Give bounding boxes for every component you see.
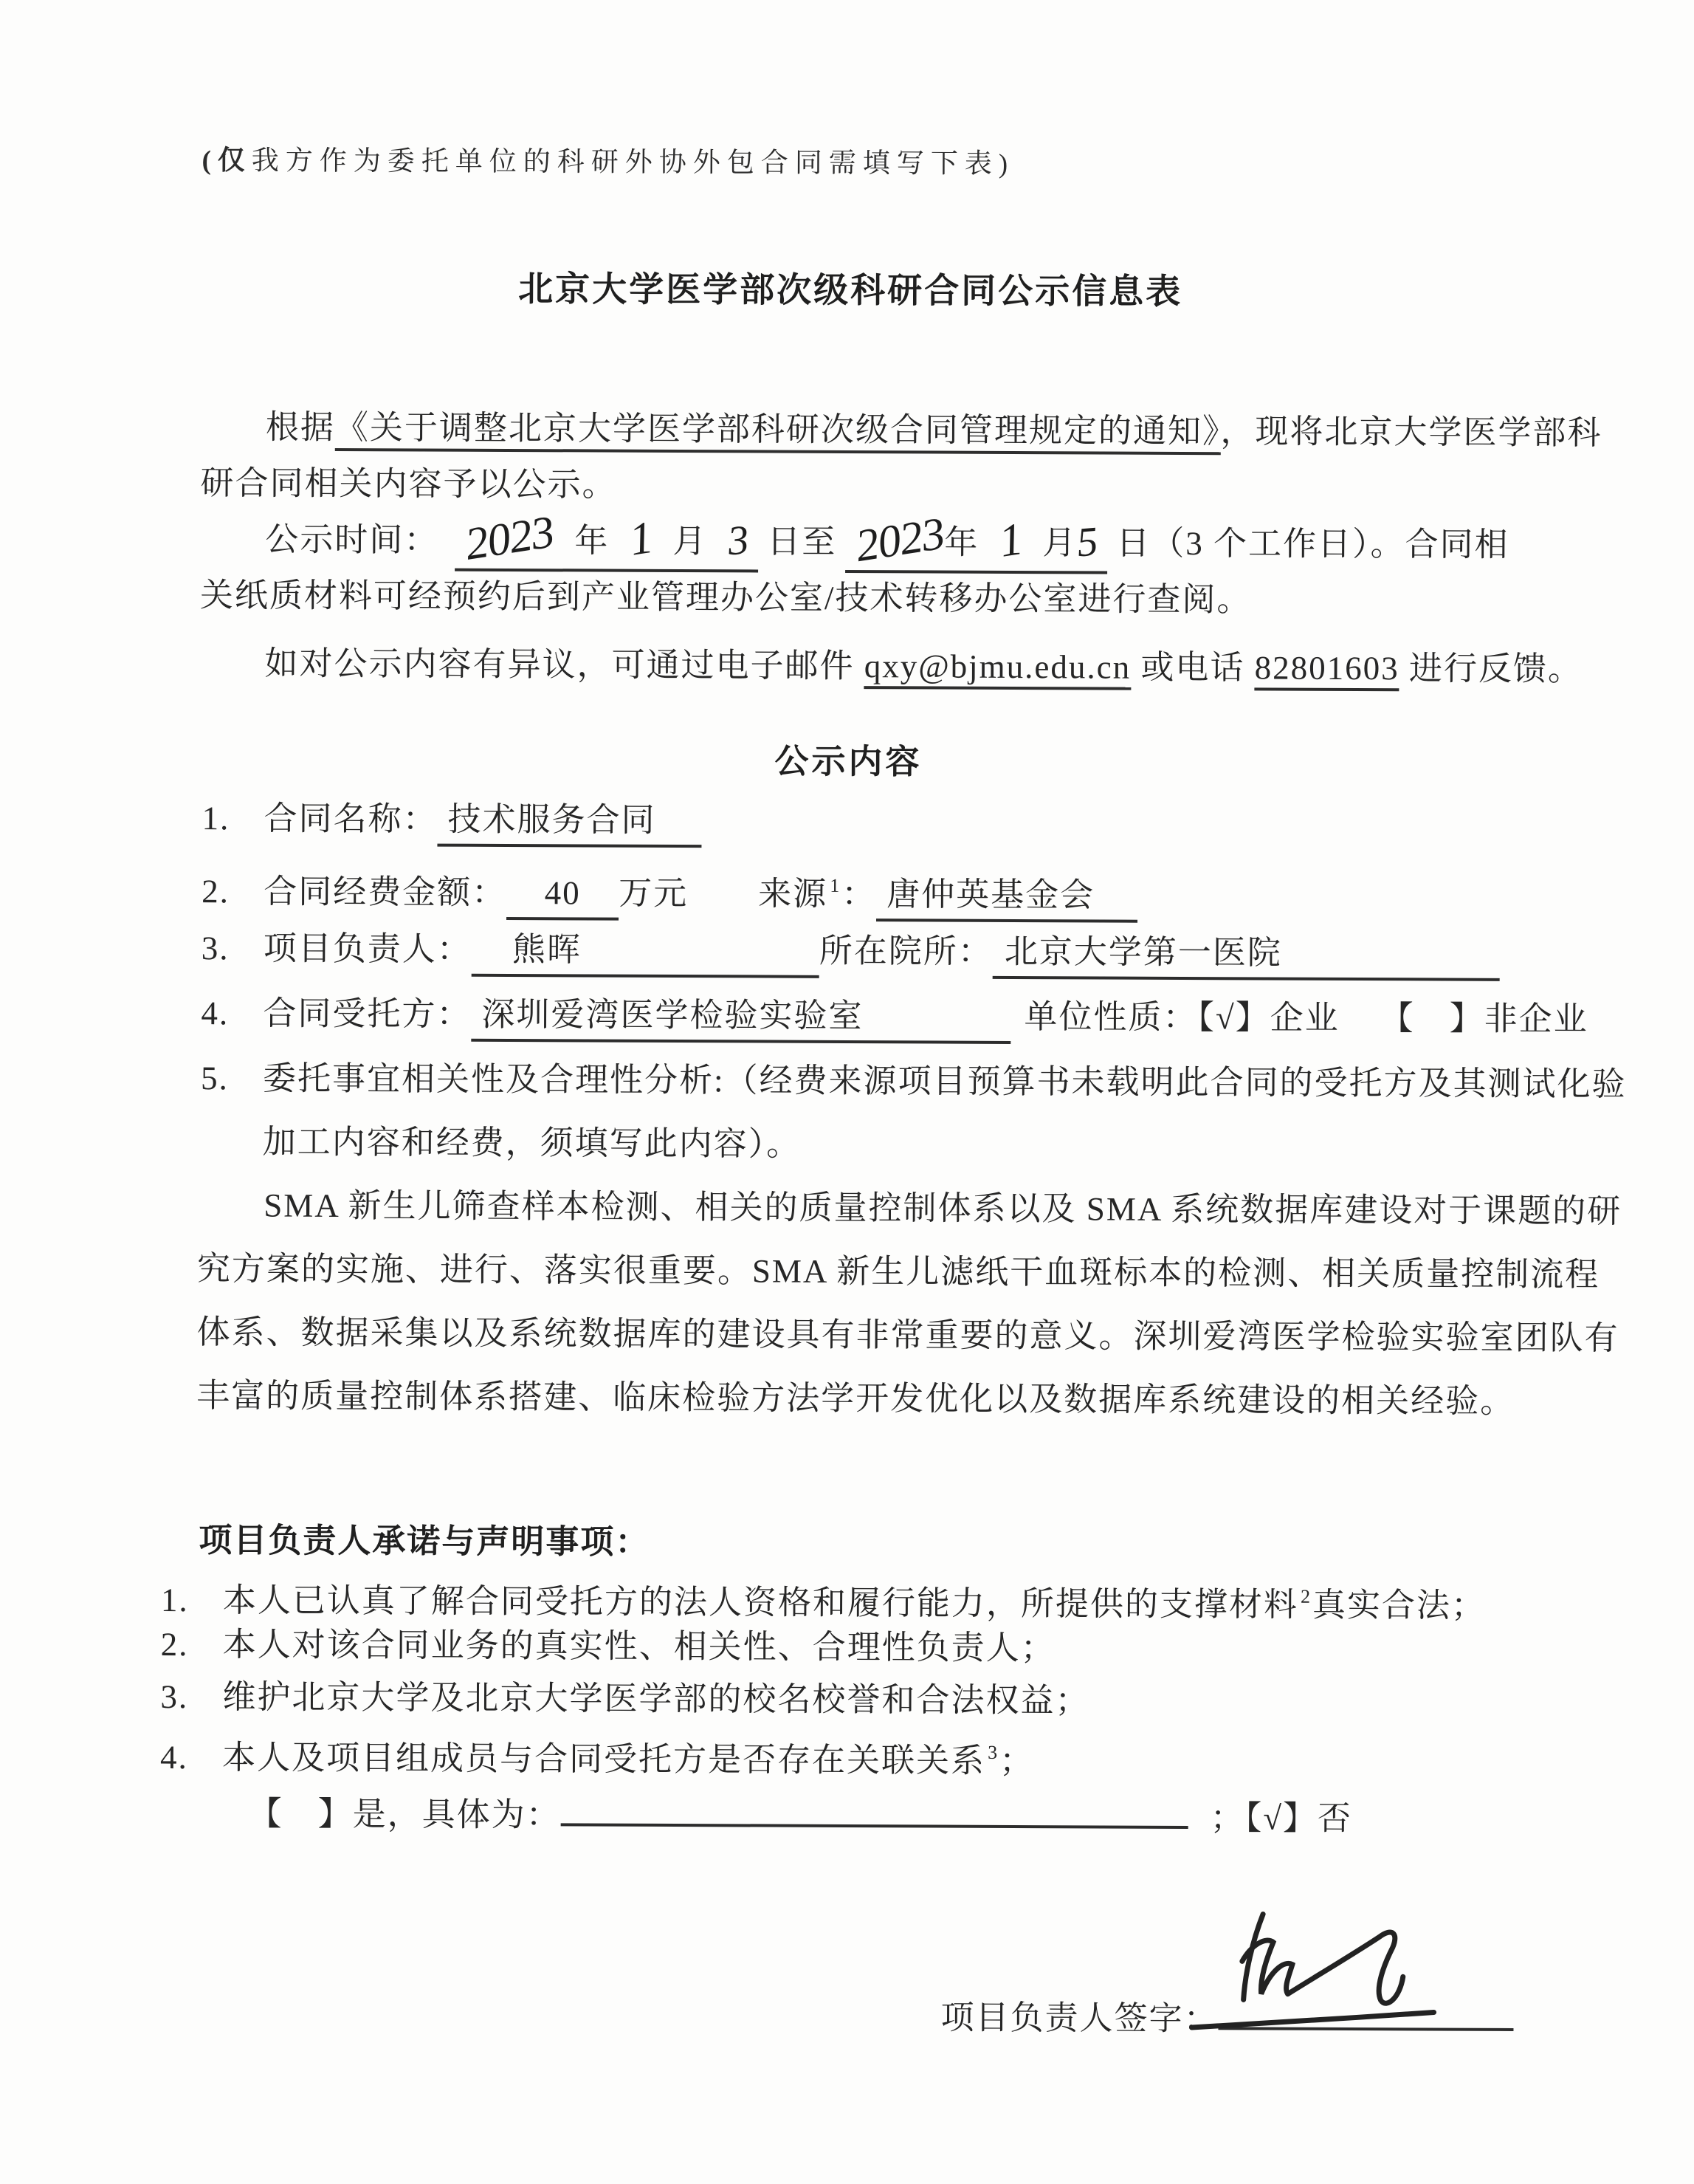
feedback-email: qxy@bjmu.edu.cn bbox=[864, 648, 1132, 690]
decl1-tail: 真实合法； bbox=[1312, 1587, 1486, 1624]
decl-number: 2. bbox=[161, 1621, 223, 1668]
analysis-paragraph-line2: 究方案的实施、进行、落实很重要。SMA 新生儿滤纸干血斑标本的检测、相关质量控制… bbox=[197, 1245, 1600, 1298]
item-contract-name: 1.合同名称：技术服务合同 bbox=[202, 794, 701, 848]
year-char: 年 bbox=[574, 522, 609, 559]
scanned-form-page: (仅我方作为委托单位的科研外协外包合同需填写下表) 北京大学医学部次级科研合同公… bbox=[0, 0, 1694, 2184]
decl4-footnote-mark: 3 bbox=[988, 1742, 997, 1763]
decl3-text: 维护北京大学及北京大学医学部的校名校誉和合法权益； bbox=[222, 1678, 1089, 1719]
decl4-text: 本人及项目组成员与合同受托方是否存在关联关系 bbox=[222, 1739, 985, 1779]
relation-detail-blank bbox=[561, 1820, 1188, 1829]
consignee-label: 合同受托方： bbox=[263, 995, 471, 1033]
source-value: 唐仲英基金会 bbox=[876, 873, 1137, 923]
publicity-period-label: 公示时间： bbox=[265, 521, 438, 559]
contract-name-value: 技术服务合同 bbox=[437, 798, 701, 848]
relation-separator: ； bbox=[1211, 1799, 1245, 1836]
year-char-2: 年 bbox=[944, 524, 979, 561]
relation-no-label: 否 bbox=[1318, 1800, 1352, 1837]
item-analysis-line2: 加工内容和经费，须填写此内容）。 bbox=[263, 1119, 802, 1168]
amount-unit: 万元 bbox=[619, 875, 688, 912]
consignee-value: 深圳爱湾医学检验实验室 bbox=[471, 993, 1010, 1044]
relation-yes-checkbox: 【 】 bbox=[249, 1795, 353, 1833]
relation-no-checkbox-checked: 【√】 bbox=[1245, 1799, 1318, 1836]
handwritten-start-day: 3 bbox=[726, 519, 750, 562]
decl4-tail: ； bbox=[999, 1742, 1034, 1779]
decl-number: 4. bbox=[160, 1734, 222, 1781]
item-number: 4. bbox=[201, 989, 263, 1037]
intro-after: ，现将北京大学医学部科 bbox=[1220, 413, 1602, 451]
handwritten-end-day: 5 bbox=[1075, 521, 1099, 563]
org-value: 北京大学第一医院 bbox=[993, 930, 1500, 981]
month-char-2: 月 bbox=[1042, 524, 1077, 561]
handwritten-end-month: 1 bbox=[996, 516, 1025, 565]
relation-answer-line: 【 】是，具体为：；【√】否 bbox=[249, 1790, 1353, 1842]
decl-number: 1. bbox=[161, 1576, 223, 1624]
day-char-2: 日 bbox=[1116, 525, 1151, 562]
top-note-rest: 我方作为委托单位的科研外协外包合同需填写下表) bbox=[252, 145, 1014, 179]
month-char: 月 bbox=[672, 523, 707, 560]
item-contract-amount: 2.合同经费金额：40万元来源1：唐仲英基金会 bbox=[202, 859, 1137, 923]
amount-value: 40 bbox=[506, 871, 619, 921]
feedback-phone: 82801603 bbox=[1255, 649, 1399, 691]
decl-number: 3. bbox=[160, 1673, 222, 1720]
item-analysis-line1: 5.委托事宜相关性及合理性分析:（经费来源项目预算书未载明此合同的受托方及其测试… bbox=[201, 1054, 1627, 1108]
period-start-group: 2023年1月3 bbox=[455, 514, 758, 573]
nature-option-enterprise-checked: 【√】企业 bbox=[1197, 999, 1339, 1037]
item-principal: 3.项目负责人：熊晖所在院所：北京大学第一医院 bbox=[202, 924, 1500, 981]
nature-option-non-enterprise: 【 】非企业 bbox=[1380, 1000, 1588, 1037]
source-footnote-mark: 1 bbox=[830, 875, 839, 896]
item-number: 5. bbox=[201, 1054, 263, 1102]
feedback-between: 或电话 bbox=[1131, 649, 1255, 687]
item-number: 3. bbox=[202, 924, 264, 972]
top-note-bold: (仅 bbox=[202, 145, 252, 176]
item-number: 2. bbox=[202, 868, 264, 915]
feedback-before: 如对公示内容有异议，可通过电子邮件 bbox=[264, 645, 864, 685]
nature-label: 单位性质： bbox=[1024, 998, 1197, 1036]
notice-title-underlined: 《关于调整北京大学医学部科研次级合同管理规定的通知》 bbox=[335, 409, 1221, 455]
handwritten-start-year: 2023 bbox=[462, 509, 557, 568]
top-note: (仅我方作为委托单位的科研外协外包合同需填写下表) bbox=[202, 137, 1014, 188]
org-label: 所在院所： bbox=[819, 933, 993, 970]
page-title: 北京大学医学部次级科研合同公示信息表 bbox=[4, 264, 1694, 318]
analysis-paragraph-line4: 丰富的质量控制体系搭建、临床检验方法学开发优化以及数据库系统建设的相关经验。 bbox=[196, 1372, 1515, 1425]
amount-label: 合同经费金额： bbox=[264, 873, 506, 911]
declaration-3: 3.维护北京大学及北京大学医学部的校名校誉和合法权益； bbox=[160, 1673, 1089, 1724]
principal-label: 项目负责人： bbox=[264, 930, 472, 968]
source-label: 来源 bbox=[758, 875, 827, 912]
to-chars: 日至 bbox=[767, 523, 836, 560]
feedback-after: 进行反馈。 bbox=[1399, 650, 1583, 687]
period-end-group: 2023年1月5 bbox=[845, 515, 1107, 574]
declaration-1: 1.本人已认真了解合同受托方的法人资格和履行能力，所提供的支撑材料2真实合法； bbox=[161, 1568, 1486, 1630]
commitments-heading: 项目负责人承诺与声明事项： bbox=[199, 1517, 650, 1566]
intro-line1: 根据《关于调整北京大学医学部科研次级合同管理规定的通知》，现将北京大学医学部科 bbox=[266, 404, 1602, 457]
feedback-line: 如对公示内容有异议，可通过电子邮件 qxy@bjmu.edu.cn 或电话 82… bbox=[264, 640, 1583, 693]
principal-name: 熊晖 bbox=[472, 928, 819, 978]
handwritten-signature-scribble bbox=[1175, 1883, 1449, 2050]
period-tail: （3 个工作日）。合同相 bbox=[1151, 525, 1509, 563]
item-consignee: 4.合同受托方：深圳爱湾医学检验实验室单位性质：【√】企业【 】非企业 bbox=[201, 989, 1588, 1046]
intro-lead: 根据 bbox=[266, 409, 335, 446]
decl2-text: 本人对该合同业务的真实性、相关性、合理性负责人； bbox=[223, 1626, 1056, 1666]
analysis-paragraph-line1: SMA 新生儿筛查样本检测、相关的质量控制体系以及 SMA 系统数据库建设对于课… bbox=[264, 1182, 1622, 1235]
section-heading: 公示内容 bbox=[1, 735, 1694, 789]
source-colon: ： bbox=[841, 876, 876, 913]
handwritten-start-month: 1 bbox=[627, 515, 655, 563]
analysis-paragraph-line3: 体系、数据采集以及系统数据库的建设具有非常重要的意义。深圳爱湾医学检验实验室团队… bbox=[196, 1308, 1619, 1361]
decl1-text: 本人已认真了解合同受托方的法人资格和履行能力，所提供的支撑材料 bbox=[223, 1582, 1298, 1623]
publicity-period-line2: 关纸质材料可经预约后到产业管理办公室/技术转移办公室进行查阅。 bbox=[200, 571, 1252, 623]
relation-yes-label: 是，具体为： bbox=[353, 1796, 561, 1833]
publicity-period-line: 公示时间：2023年1月3日至2023年1月5日（3 个工作日）。合同相 bbox=[265, 513, 1509, 576]
declaration-2: 2.本人对该合同业务的真实性、相关性、合理性负责人； bbox=[161, 1621, 1056, 1672]
item-number: 1. bbox=[202, 794, 264, 842]
declaration-4: 4.本人及项目组成员与合同受托方是否存在关联关系3； bbox=[160, 1725, 1034, 1785]
analysis-intro-line1: 委托事宜相关性及合理性分析:（经费来源项目预算书未载明此合同的受托方及其测试化验 bbox=[263, 1060, 1627, 1103]
intro-line2: 研合同相关内容予以公示。 bbox=[200, 459, 616, 508]
handwritten-end-year: 2023 bbox=[853, 511, 947, 570]
contract-name-label: 合同名称： bbox=[264, 800, 437, 838]
decl1-footnote-mark: 2 bbox=[1301, 1586, 1310, 1607]
